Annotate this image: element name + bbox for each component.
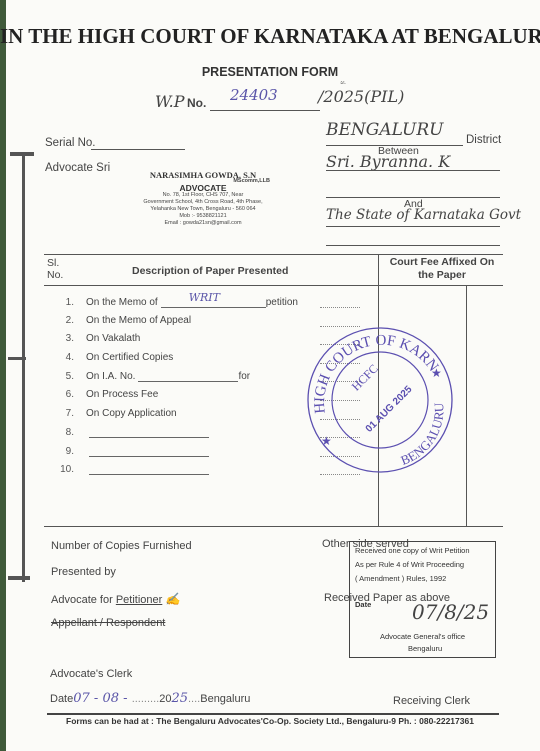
table-bottom-rule — [44, 526, 503, 527]
row-blank-field[interactable]: WRIT — [161, 296, 266, 308]
advocate-address-1: No. 78, 1st Floor, CHS 707, Near — [128, 192, 278, 199]
petitioner-name: Sri. Byranna. K — [326, 152, 450, 171]
row-description: On Certified Copies — [86, 352, 173, 363]
advocate-title: ADVOCATE — [128, 184, 278, 192]
form-title: PRESENTATION FORM — [0, 65, 540, 79]
ag-line-2: As per Rule 4 of Writ Proceeding — [355, 560, 464, 569]
ag-city: Bengaluru — [408, 644, 442, 653]
row-number: 7. — [50, 408, 74, 419]
sl-no-header: Sl. No. — [47, 257, 77, 281]
paper-row: 7.On Copy Application — [50, 408, 177, 419]
receiving-clerk-label: Receiving Clerk — [393, 695, 470, 707]
advocate-for: Advocate for Petitioner ✍ — [51, 592, 180, 606]
row-description: On the Memo of Appeal — [86, 315, 191, 326]
petitioner-line — [326, 170, 500, 171]
row-blank-field[interactable] — [89, 426, 209, 438]
advocate-address-3: Yelahanka New Town, Bengaluru - 560 064 — [128, 206, 278, 213]
respondent-name: The State of Karnataka Govt — [326, 207, 521, 223]
fee-dotted-line — [320, 307, 360, 308]
ag-date-handwritten: 07/8/25 — [412, 600, 489, 624]
row-blank-field[interactable] — [89, 445, 209, 457]
paper-row: 8. — [50, 426, 209, 438]
date-day: 07 — [73, 691, 90, 706]
row-description: On Vakalath — [86, 333, 140, 344]
row-description: On Copy Application — [86, 408, 177, 419]
advocate-for-label: Advocate for — [51, 594, 113, 606]
row-description: On I.A. No. — [86, 371, 135, 382]
paper-row: 6.On Process Fee — [50, 389, 158, 400]
svg-text:HCFC: HCFC — [349, 361, 381, 393]
row-number: 1. — [50, 297, 74, 308]
court-fee-header: Court Fee Affixed On the Paper — [382, 256, 502, 282]
case-type-handwritten: W.P — [155, 92, 185, 111]
district-label: District — [466, 134, 501, 146]
row-number: 8. — [50, 427, 74, 438]
respondent-line — [326, 226, 500, 227]
row-number: 3. — [50, 333, 74, 344]
paper-row: 1.On the Memo ofWRITpetition — [50, 296, 298, 308]
footer-note: Forms can be had at : The Bengaluru Advo… — [0, 716, 540, 726]
row-description: On the Memo of — [86, 297, 158, 308]
appellant-respondent-label: Appellant / Respondent — [51, 617, 165, 629]
case-no-label: No. — [187, 96, 206, 110]
row-number: 10. — [50, 464, 74, 475]
binding-bracket — [22, 152, 25, 582]
case-number-handwritten: 24403 — [230, 86, 278, 104]
row-number: 9. — [50, 446, 74, 457]
seal-outer-bottom: BENGALURU — [399, 402, 447, 468]
row-blank-field[interactable] — [138, 370, 238, 382]
advocate-address-2: Government School, 4th Cross Road, 4th P… — [128, 199, 278, 206]
serial-no-field[interactable] — [91, 149, 185, 150]
paper-row: 5.On I.A. No.for — [50, 370, 250, 382]
row-number: 4. — [50, 352, 74, 363]
date-place: Bengaluru — [200, 693, 250, 705]
table-top-rule — [44, 254, 503, 255]
ag-line-1: Received one copy of Writ Petition — [355, 546, 470, 555]
row-suffix: petition — [266, 297, 298, 308]
table-header-rule — [44, 285, 503, 286]
blank-respondent-line — [326, 245, 500, 246]
case-year-handwritten: /2025(PIL) — [318, 87, 404, 106]
ag-line-3: ( Amendment ) Rules, 1992 — [355, 574, 446, 583]
footer-rule — [47, 713, 499, 715]
date-year-prefix: 20 — [159, 693, 171, 705]
margin-note: ಅ. — [340, 79, 346, 87]
svg-text:★: ★ — [431, 366, 442, 380]
ag-office: Advocate General's office — [380, 632, 465, 641]
row-fill-handwritten: WRIT — [189, 291, 220, 304]
court-title: IN THE HIGH COURT OF KARNATAKA AT BENGAL… — [0, 24, 540, 49]
petitioner-label: Petitioner — [116, 594, 162, 606]
date-label: Date — [50, 693, 73, 705]
advocate-mobile: Mob :- 9538821121 — [128, 213, 278, 220]
binding-bracket-mid — [8, 357, 26, 360]
paper-row: 9. — [50, 445, 209, 457]
svg-text:★: ★ — [321, 434, 332, 448]
advocates-clerk-label: Advocate's Clerk — [50, 668, 132, 680]
advocate-stamp: NARASIMHA GOWDA. S.N MScomm,LLB ADVOCATE… — [128, 170, 278, 227]
paper-row: 4.On Certified Copies — [50, 352, 173, 363]
serial-no-label: Serial No. — [45, 137, 96, 149]
advocate-email: Email : gowda21sn@gmail.com — [128, 220, 278, 227]
ag-receipt-stamp: Received one copy of Writ Petition As pe… — [349, 541, 496, 658]
date-year-suffix: 25 — [171, 691, 188, 706]
scan-binding-edge — [0, 0, 6, 751]
table-divider-inner — [466, 285, 467, 526]
row-description: On Process Fee — [86, 389, 158, 400]
binding-bracket-bottom — [8, 576, 30, 580]
presented-by-label: Presented by — [51, 566, 116, 578]
paper-row: 3.On Vakalath — [50, 333, 140, 344]
row-number: 5. — [50, 371, 74, 382]
description-header: Description of Paper Presented — [132, 265, 288, 277]
copies-furnished-label: Number of Copies Furnished — [51, 540, 192, 552]
row-number: 6. — [50, 389, 74, 400]
svg-text:01 AUG 2025: 01 AUG 2025 — [364, 384, 415, 435]
row-number: 2. — [50, 315, 74, 326]
district-value: BENGALURU — [326, 120, 443, 140]
initials-mark: ✍ — [165, 592, 180, 606]
row-suffix: for — [238, 371, 250, 382]
row-blank-field[interactable] — [89, 463, 209, 475]
date-month: 08 — [102, 691, 119, 706]
paper-row: 10. — [50, 463, 209, 475]
paper-row: 2.On the Memo of Appeal — [50, 315, 191, 326]
date-row: Date07 - 08 - .........2025....Bengaluru — [50, 691, 250, 706]
ag-date-label: Date — [355, 600, 371, 609]
binding-bracket-top — [10, 152, 34, 156]
advocate-label: Advocate Sri — [45, 162, 110, 174]
case-no-line — [210, 110, 320, 111]
court-seal-stamp: HIGH COURT OF KARNATAKA BENGALURU HCFC 0… — [305, 325, 455, 475]
